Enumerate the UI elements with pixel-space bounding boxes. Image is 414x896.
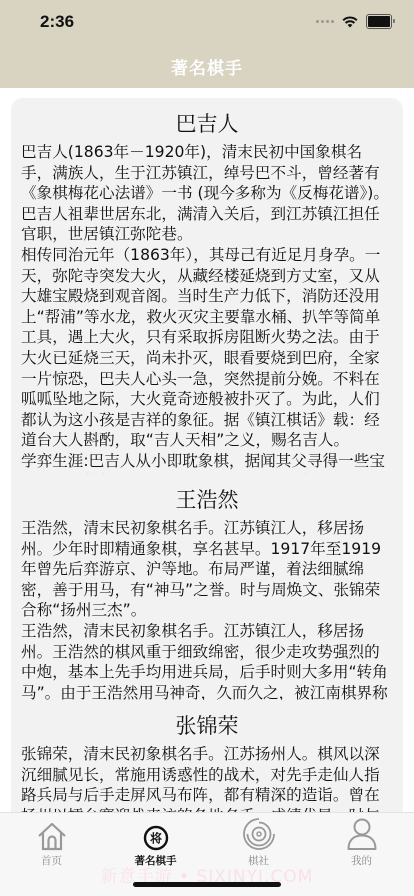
target-circle-icon: [242, 817, 276, 851]
player-name: 巴吉人: [21, 110, 393, 138]
tab-home[interactable]: 首页: [0, 815, 103, 868]
tab-famous-players[interactable]: 将 著名棋手: [104, 815, 207, 868]
battery-icon: [366, 14, 392, 29]
chess-piece-jiang-icon: 将: [143, 825, 169, 851]
status-time: 2:36: [40, 12, 74, 32]
wifi-icon: [342, 16, 358, 28]
cellular-signal-icon: [316, 20, 334, 23]
players-scroll-list[interactable]: 巴吉人 巴吉人(1863年－1920年)，清末民初中国象棋名手，满族人，生于江苏…: [0, 88, 414, 812]
person-icon: [346, 817, 378, 851]
home-indicator[interactable]: [133, 882, 281, 887]
player-name: 王浩然: [21, 486, 393, 514]
tab-chess-club[interactable]: 棋社: [207, 815, 310, 868]
player-bio: 张锦荣，清末民初象棋名手。江苏扬州人。棋风以深沉细腻见长，常施用诱惑性的战术，对…: [21, 744, 393, 812]
player-card[interactable]: 张锦荣 张锦荣，清末民初象棋名手。江苏扬州人。棋风以深沉细腻见长，常施用诱惑性的…: [11, 700, 403, 812]
home-icon: [36, 821, 68, 851]
status-indicators: [316, 14, 392, 29]
tab-mine[interactable]: 我的: [310, 815, 413, 868]
page-title: 著名棋手: [0, 54, 414, 79]
player-name: 张锦荣: [21, 712, 393, 740]
svg-text:将: 将: [149, 831, 161, 846]
header: 2:36 著名棋手: [0, 0, 414, 88]
